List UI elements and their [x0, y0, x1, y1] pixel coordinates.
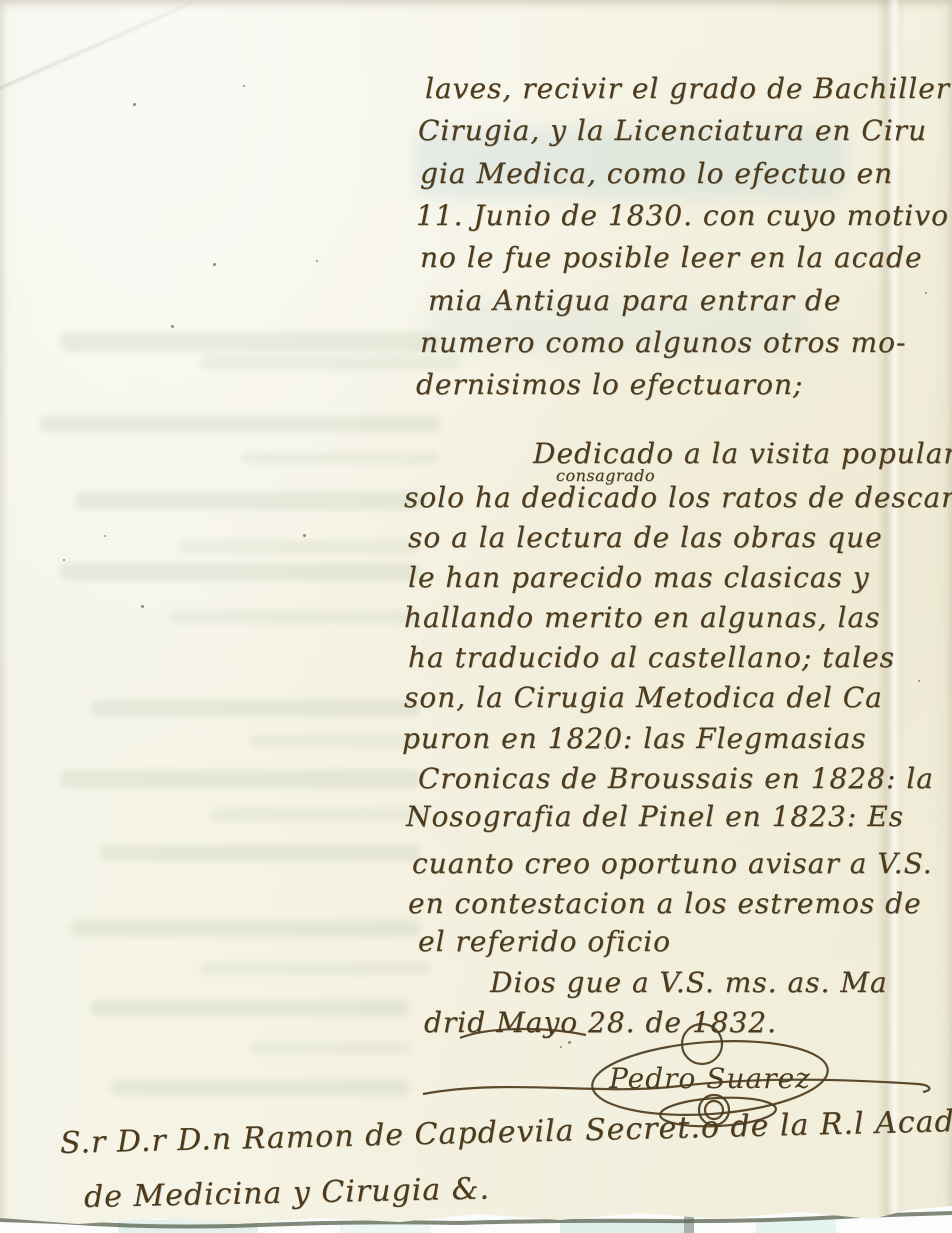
handwritten-line: mia Antigua para entrar de — [428, 284, 841, 318]
verso-showthrough — [170, 610, 420, 624]
verso-showthrough — [90, 1000, 410, 1016]
handwritten-line: gia Medica, como lo efectuo en — [420, 157, 893, 191]
scanned-letter: laves, recivir el grado de Bachiller en … — [0, 0, 952, 1233]
verso-showthrough — [250, 735, 420, 747]
handwritten-line: Nosografia del Pinel en 1823: Es — [406, 800, 904, 834]
foxing-speck — [104, 535, 106, 537]
handwritten-line: cuanto creo oportuno avisar a V.S. — [412, 847, 933, 881]
paper-sheet: laves, recivir el grado de Bachiller en … — [0, 0, 952, 1233]
verso-showthrough — [100, 845, 420, 861]
verso-showthrough — [250, 1042, 410, 1054]
verso-showthrough — [180, 540, 420, 553]
foxing-speck — [243, 85, 245, 87]
handwritten-line: ha traducido al castellano; tales — [408, 641, 895, 675]
foxing-speck — [141, 605, 144, 608]
foxing-speck — [171, 325, 174, 328]
verso-showthrough — [70, 920, 420, 937]
verso-showthrough — [240, 452, 440, 464]
verso-showthrough — [60, 332, 440, 352]
verso-showthrough — [75, 492, 425, 510]
corner-crease — [0, 1, 193, 97]
signature-name: Pedro Suarez — [608, 1062, 811, 1095]
handwritten-line: puron en 1820: las Flegmasias — [402, 722, 867, 756]
handwritten-line: en contestacion a los estremos de — [408, 887, 922, 921]
foxing-speck — [303, 534, 306, 537]
verso-showthrough — [210, 808, 430, 821]
verso-showthrough — [200, 962, 430, 975]
verso-showthrough — [90, 700, 420, 716]
closing-line: Dios gue a V.S. ms. as. Ma — [490, 966, 888, 1000]
handwritten-line: hallando merito en algunas, las — [404, 601, 881, 635]
handwritten-line: le han parecido mas clasicas y — [408, 561, 870, 595]
handwritten-line: laves, recivir el grado de Bachiller en — [425, 72, 952, 106]
foxing-speck — [63, 559, 65, 561]
handwritten-line: numero como algunos otros mo- — [420, 326, 906, 360]
verso-showthrough — [110, 1080, 410, 1095]
verso-showthrough — [40, 416, 440, 432]
foxing-speck — [213, 263, 216, 266]
address-line: de Medicina y Cirugia &. — [84, 1172, 491, 1216]
handwritten-line: Cirugia, y la Licenciatura en Ciru — [418, 114, 927, 148]
handwritten-line: no le fue posible leer en la acade — [420, 241, 923, 275]
handwritten-line: solo ha dedicado los ratos de descan — [404, 481, 952, 515]
handwritten-line: so a la lectura de las obras que — [408, 521, 883, 555]
verso-showthrough — [60, 563, 420, 581]
handwritten-line: dernisimos lo efectuaron; — [416, 368, 803, 402]
foxing-speck — [133, 103, 136, 106]
verso-showthrough — [60, 770, 420, 788]
foxing-speck — [316, 260, 318, 262]
handwritten-line: el referido oficio — [418, 925, 671, 959]
foxing-speck — [925, 292, 927, 294]
handwritten-line: Cronicas de Broussais en 1828: la — [418, 762, 934, 796]
handwritten-line: 11. Junio de 1830. con cuyo motivo — [416, 199, 949, 233]
foxing-speck — [918, 680, 920, 682]
handwritten-line: son, la Cirugia Metodica del Ca — [404, 681, 883, 715]
